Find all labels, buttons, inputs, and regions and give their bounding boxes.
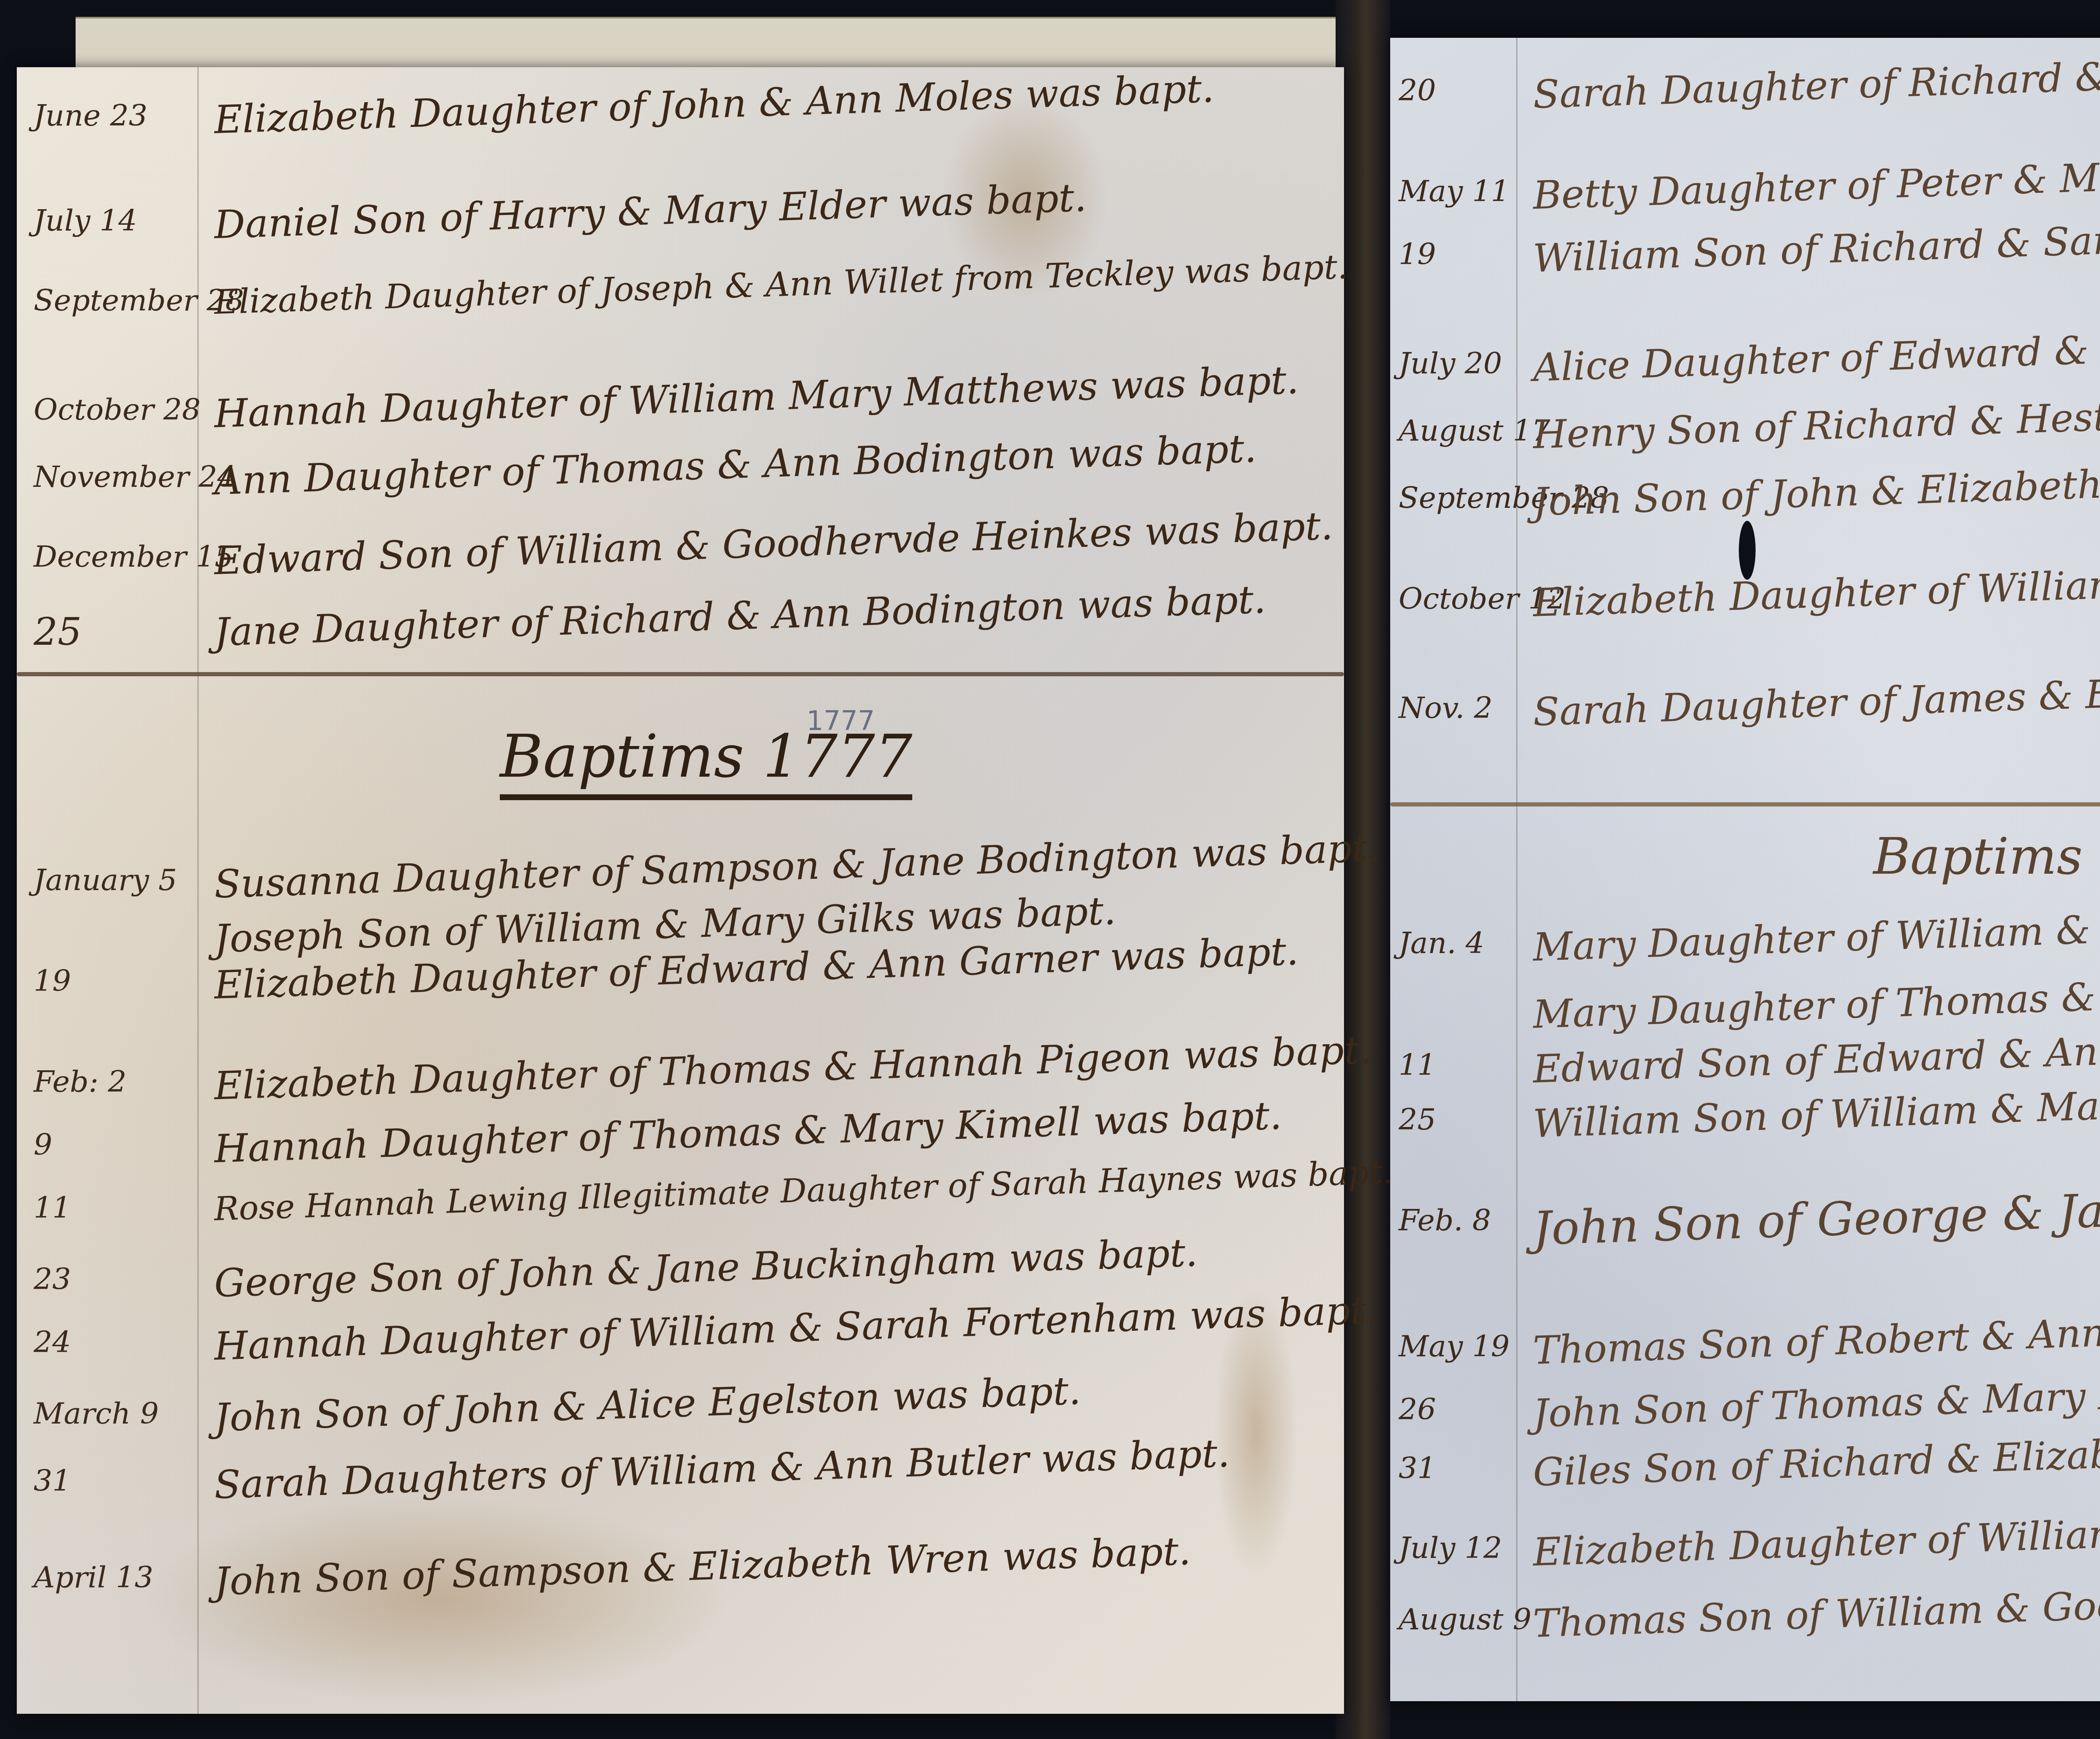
entry-date: October 12 — [1399, 584, 1512, 613]
entry-date: September 28 — [1399, 483, 1512, 512]
entry-text: John Son of George & Jane Barrett was ba… — [1532, 1172, 2100, 1252]
entry-text: Elizabeth Daughter of William & Ann Butl… — [1533, 1500, 2100, 1572]
entry-date: 9 — [34, 1130, 193, 1159]
entry-date: August 9 — [1399, 1605, 1512, 1634]
entry-date: January 5 — [34, 865, 193, 895]
entry-text: Ann Daughter of Thomas & Ann Bodington w… — [214, 429, 1257, 501]
entry-text: Hannah Daughter of Thomas & Mary Kimell … — [214, 1096, 1283, 1169]
entry-date: Nov. 2 — [1399, 693, 1512, 722]
entry-text: Sarah Daughter of Richard & Sarah Tenner… — [1533, 42, 2100, 114]
entry-text: William Son of Richard & Sarah Knibbs wa… — [1533, 209, 2100, 278]
entry-date: 11 — [34, 1193, 193, 1222]
entry-text: John Son of Thomas & Mary Kimell was bap… — [1533, 1366, 2100, 1433]
entry-text: Betty Daughter of Peter & Mary Prophet w… — [1533, 145, 2100, 215]
entry-text: Elizabeth Daughter of Thomas & Hannah Pi… — [214, 1030, 1373, 1106]
entry-text: Edward Son of William & Goodhervde Heink… — [214, 507, 1333, 581]
entry-text: Rose Hannah Lewing Illegitimate Daughter… — [214, 1156, 1394, 1226]
entry-date: 23 — [34, 1264, 193, 1294]
entry-text: Mary Daughter of William & Hannah Eglest… — [1533, 893, 2100, 967]
pencil-annotation: 1777 — [806, 706, 875, 737]
entry-text: John Son of John & Elizabeth Blackwell w… — [1533, 452, 2100, 522]
entry-date: 24 — [34, 1327, 193, 1357]
entry-text: Henry Son of Richard & Hester Bassett wa… — [1533, 385, 2100, 454]
entry-text: Elizabeth Daughter of William & Mary Whi… — [1533, 550, 2100, 623]
section-divider — [17, 672, 1344, 676]
entry-date: 26 — [1399, 1395, 1512, 1424]
entry-date: March 9 — [34, 1399, 193, 1428]
entry-date: 19 — [34, 966, 193, 996]
entry-text: Jane Daughter of Richard & Ann Bodington… — [214, 580, 1267, 652]
entry-date: 31 — [1399, 1453, 1512, 1483]
entry-date: Jan. 4 — [1399, 928, 1512, 958]
entry-text: Thomas Son of Robert & Ann Barret was ba… — [1533, 1303, 2100, 1370]
entry-date: 20 — [1399, 76, 1512, 105]
entry-text: Elizabeth Daughter of Joseph & Ann Wille… — [214, 250, 1349, 319]
entry-date: 19 — [1399, 239, 1512, 269]
year-heading: Baptims 1778 — [1873, 827, 2100, 886]
entry-text: Hannah Daughter of William Mary Matthews… — [214, 361, 1299, 433]
entry-text: Giles Son of Richard & Elizabeth Ible wa… — [1533, 1424, 2100, 1492]
entry-text: Alice Daughter of Edward & Elizabeth For… — [1533, 313, 2100, 387]
margin-rule — [1516, 38, 1517, 1701]
entry-date: 31 — [34, 1466, 193, 1495]
entry-date: 25 — [34, 613, 193, 651]
entry-text: Thomas Son of William & Goodhervde Heink… — [1533, 1569, 2100, 1643]
entry-date: August 17 — [1399, 416, 1512, 445]
entry-text: Hannah Daughter of William & Sarah Forte… — [214, 1291, 1379, 1366]
entry-date: Feb: 2 — [34, 1067, 193, 1096]
right-page: 33 20 Sarah Daughter of Richard & Sarah … — [1390, 38, 2100, 1701]
entry-date: April 13 — [34, 1563, 193, 1592]
entry-date: 25 — [1399, 1105, 1512, 1134]
entry-text: Sarah Daughters of William & Ann Butler … — [214, 1434, 1231, 1505]
entry-date: 11 — [1399, 1050, 1512, 1080]
section-divider — [1390, 802, 2100, 806]
entry-date: May 11 — [1399, 176, 1512, 206]
paper-hole — [1739, 521, 1756, 580]
entry-date: May 19 — [1399, 1332, 1512, 1361]
entry-date: December 15 — [34, 542, 193, 571]
entry-date: June 23 — [34, 101, 193, 130]
entry-date: July 20 — [1399, 349, 1512, 378]
entry-text: Sarah Daughter of James & Elizabeth Thom… — [1533, 659, 2100, 732]
entry-text: Mary Daughter of Thomas & Jan Busby was … — [1533, 965, 2100, 1034]
entry-text: John Son of John & Alice Egelston was ba… — [214, 1371, 1081, 1437]
entry-date: July 12 — [1399, 1533, 1512, 1563]
entry-date: October 28 — [34, 395, 193, 424]
entry-date: Feb. 8 — [1399, 1206, 1512, 1235]
entry-date: September 28 — [34, 286, 193, 315]
entry-text: Susanna Daughter of Sampson & Jane Bodin… — [214, 829, 1381, 904]
left-page: June 23 Elizabeth Daughter of John & Ann… — [17, 67, 1344, 1714]
entry-date: November 24 — [34, 462, 193, 491]
entry-text: George Son of John & Jane Buckingham was… — [214, 1233, 1198, 1303]
entry-date: July 14 — [34, 206, 193, 235]
